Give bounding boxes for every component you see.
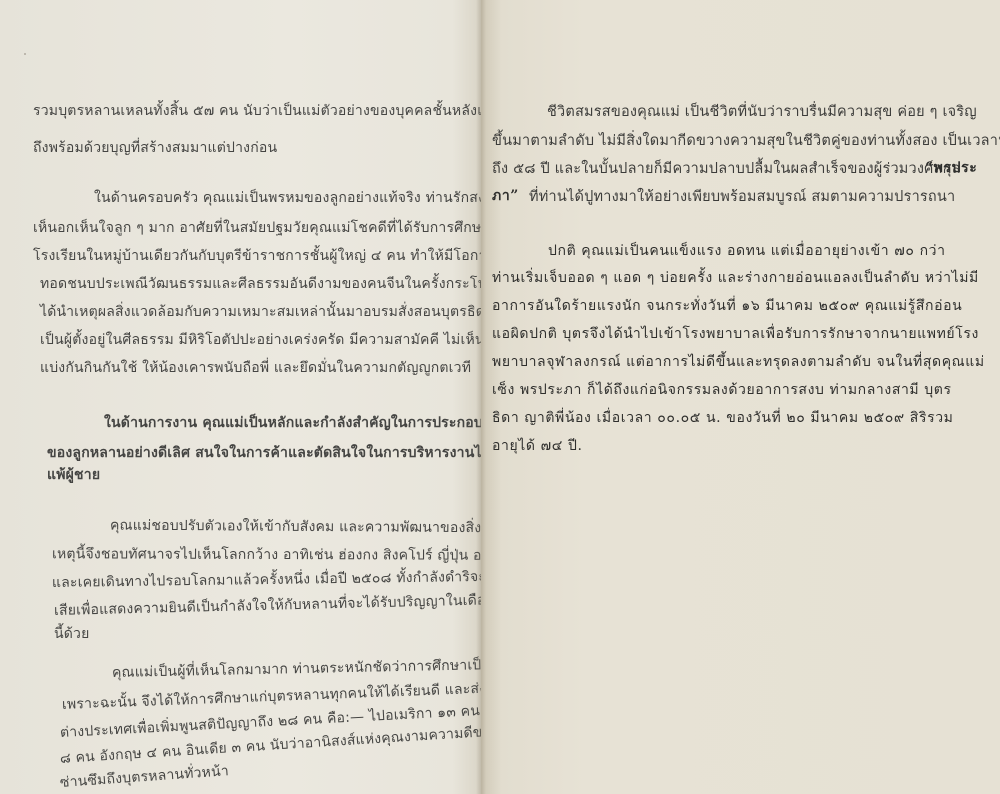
paper-speck — [24, 53, 26, 55]
text-line: ที่ท่านได้ปูทางมาให้อย่างเพียบพร้อมสมบูร… — [529, 185, 955, 208]
paragraph-start: ชีวิตสมรสของคุณแม่ เป็นชีวิตที่นับว่าราบ… — [547, 100, 977, 123]
text-line: นี้ด้วย — [54, 623, 90, 645]
text-line: พยาบาลจุฬาลงกรณ์ แต่อาการไม่ดีขึ้นและทรุ… — [492, 351, 985, 373]
book-gutter — [476, 0, 486, 794]
left-page: รวมบุตรหลานเหลนทั้งสิ้น ๕๗ คน นับว่าเป็น… — [0, 0, 481, 794]
paragraph-start-bold: ในด้านการงาน คุณแม่เป็นหลักและกำลังสำคัญ… — [104, 412, 481, 434]
paragraph-start: ในด้านครอบครัว คุณแม่เป็นพรหมของลูกอย่าง… — [94, 187, 481, 209]
text-line: โรงเรียนในหมู่บ้านเดียวกันกับบุตรีข้าราช… — [33, 245, 481, 267]
text-line: อาการอันใดร้ายแรงนัก จนกระทั่งวันที่ ๑๖ … — [492, 295, 962, 317]
text-line: ธิดา ญาติพี่น้อง เมื่อเวลา ๐๐.๐๕ น. ของว… — [492, 407, 953, 429]
text-line: แบ่งกันกินกันใช้ ให้น้องเคารพนับถือพี่ แ… — [40, 357, 471, 379]
paragraph-start: ปกติ คุณแม่เป็นคนแข็งแรง อดทน แต่เมื่ออา… — [548, 240, 946, 262]
text-line: เห็นอกเห็นใจลูก ๆ มาก อาศัยที่ในสมัยปฐมว… — [33, 217, 481, 239]
family-name-bold: “พรประ — [925, 157, 977, 179]
text-line: เป็นผู้ตั้งอยู่ในศีลธรรม มีหิริโอตัปปะอย… — [40, 329, 481, 351]
text-line: และเคยเดินทางไปรอบโลกมาแล้วครั้งหนึ่ง เม… — [52, 565, 481, 594]
text-line: เซ็ง พรประภา ก็ได้ถึงแก่อนิจกรรมลงด้วยอา… — [492, 379, 952, 401]
text-line: ท่านเริ่มเจ็บออด ๆ แอด ๆ บ่อยครั้ง และร่… — [492, 267, 979, 289]
text-line: ขึ้นมาตามลำดับ ไม่มีสิ่งใดมากีดขวางความส… — [492, 129, 1000, 152]
text-line: เหตุนี้จึงชอบทัศนาจรไปเห็นโลกกว้าง อาทิเ… — [52, 543, 481, 567]
text-line: รวมบุตรหลานเหลนทั้งสิ้น ๕๗ คน นับว่าเป็น… — [33, 100, 481, 122]
text-line: ถึง ๕๘ ปี และในบั้นปลายก็มีความปลาบปลื้ม… — [492, 157, 961, 180]
text-line-bold: ของลูกหลานอย่างดีเลิศ สนใจในการค้าและตัด… — [47, 442, 481, 464]
text-line: ได้นำเหตุผลสิ่งแวดล้อมกับความเหมาะสมเหล่… — [40, 301, 481, 323]
text-line-bold: แพ้ผู้ชาย — [47, 464, 100, 486]
text-line: ทอดชนบประเพณีวัฒนธรรมและศีลธรรมอันดีงามข… — [40, 273, 481, 295]
family-name-bold: ภา” — [492, 185, 519, 207]
right-page: ชีวิตสมรสของคุณแม่ เป็นชีวิตที่นับว่าราบ… — [481, 0, 1000, 794]
text-line: อายุได้ ๗๔ ปี. — [492, 435, 583, 457]
text-line: แอผิดปกติ บุตรจึงได้นำไปเข้าโรงพยาบาลเพื… — [492, 323, 979, 345]
text-line: ถึงพร้อมด้วยบุญที่สร้างสมมาแต่ปางก่อน — [33, 137, 277, 159]
paragraph-start: คุณแม่ชอบปรับตัวเองให้เข้ากับสังคม และคว… — [110, 515, 481, 540]
